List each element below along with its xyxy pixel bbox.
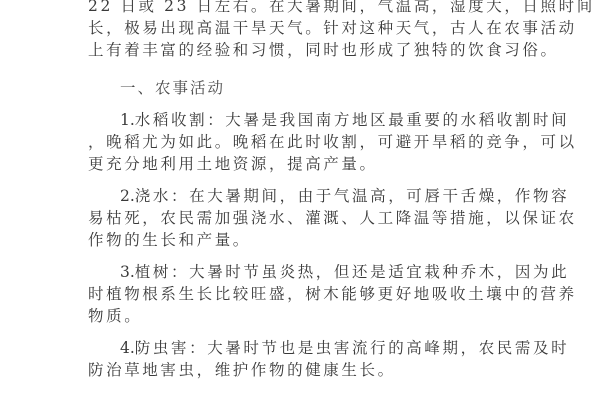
list-item-tree-planting: 3.植树：大暑时节虽炎热，但还是适宜栽种乔木，因为此 时植物根系生长比较旺盛，树…	[88, 261, 514, 327]
text-line: 4.防虫害：大暑时节也是虫害流行的高峰期，农民需及时	[88, 337, 514, 359]
text-line: 作物的生长和产量。	[88, 229, 514, 251]
text-line: 物质。	[88, 305, 514, 327]
item-number: 1.	[120, 111, 135, 129]
text-line: 更充分地利用土地资源，提高产量。	[88, 153, 514, 175]
text-line: 22 日或 23 日左右。在大暑期间，气温高，湿度大，日照时间	[88, 0, 514, 17]
item-text: 水稻收割：大暑是我国南方地区最重要的水稻收割时间	[135, 111, 569, 129]
intro-paragraph: 22 日或 23 日左右。在大暑期间，气温高，湿度大，日照时间 长，极易出现高温…	[88, 0, 514, 61]
item-number: 2.	[120, 187, 135, 205]
item-number: 3.	[120, 263, 135, 281]
text-line: 1.水稻收割：大暑是我国南方地区最重要的水稻收割时间	[88, 109, 514, 131]
text-line: ，晚稻尤为如此。晚稻在此时收割，可避开旱稻的竞争，可以	[88, 131, 514, 153]
list-item-rice-harvest: 1.水稻收割：大暑是我国南方地区最重要的水稻收割时间 ，晚稻尤为如此。晚稻在此时…	[88, 109, 514, 175]
document-body: 22 日或 23 日左右。在大暑期间，气温高，湿度大，日照时间 长，极易出现高温…	[88, 0, 514, 381]
text-line: 上有着丰富的经验和习惯，同时也形成了独特的饮食习俗。	[88, 39, 514, 61]
text-line: 3.植树：大暑时节虽炎热，但还是适宜栽种乔木，因为此	[88, 261, 514, 283]
document-page: 22 日或 23 日左右。在大暑期间，气温高，湿度大，日照时间 长，极易出现高温…	[0, 0, 600, 400]
section-heading: 一、农事活动	[88, 77, 514, 99]
text-line: 时植物根系生长比较旺盛，树木能够更好地吸收土壤中的营养	[88, 283, 514, 305]
text-line: 易枯死，农民需加强浇水、灌溉、人工降温等措施，以保证农	[88, 207, 514, 229]
text-line: 2.浇水：在大暑期间，由于气温高，可唇干舌燥，作物容	[88, 185, 514, 207]
item-text: 浇水：在大暑期间，由于气温高，可唇干舌燥，作物容	[135, 187, 569, 205]
item-number: 4.	[120, 339, 135, 357]
item-text: 防虫害：大暑时节也是虫害流行的高峰期，农民需及时	[135, 339, 569, 357]
list-item-watering: 2.浇水：在大暑期间，由于气温高，可唇干舌燥，作物容 易枯死，农民需加强浇水、灌…	[88, 185, 514, 251]
item-text: 植树：大暑时节虽炎热，但还是适宜栽种乔木，因为此	[135, 263, 569, 281]
text-line: 长，极易出现高温干旱天气。针对这种天气，古人在农事活动	[88, 17, 514, 39]
text-line: 防治草地害虫，维护作物的健康生长。	[88, 359, 514, 381]
list-item-pest-control: 4.防虫害：大暑时节也是虫害流行的高峰期，农民需及时 防治草地害虫，维护作物的健…	[88, 337, 514, 381]
